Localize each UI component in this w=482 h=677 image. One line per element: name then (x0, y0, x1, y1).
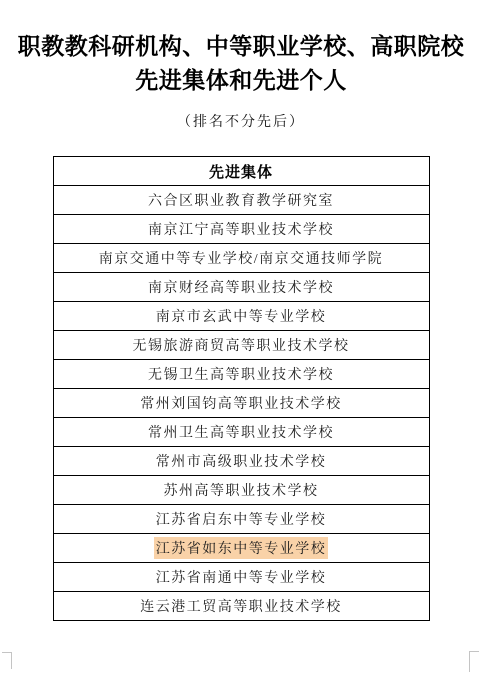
table-cell: 江苏省南通中等专业学校 (53, 563, 429, 592)
table-row: 六合区职业教育教学研究室 (53, 186, 429, 215)
table-cell: 六合区职业教育教学研究室 (53, 186, 429, 215)
table-cell: 常州刘国钧高等职业技术学校 (53, 389, 429, 418)
table-row: 江苏省南通中等专业学校 (53, 563, 429, 592)
table-header-row: 先进集体 (53, 157, 429, 186)
table-cell: 南京财经高等职业技术学校 (53, 273, 429, 302)
table-row: 南京交通中等专业学校/南京交通技师学院 (53, 244, 429, 273)
table-cell: 常州市高级职业技术学校 (53, 447, 429, 476)
table-row: 南京财经高等职业技术学校 (53, 273, 429, 302)
page-title-line2: 先进集体和先进个人 (0, 64, 482, 98)
table-cell: 连云港工贸高等职业技术学校 (53, 592, 429, 621)
table-row: 南京市玄武中等专业学校 (53, 302, 429, 331)
page-title-line1: 职教教科研机构、中等职业学校、高职院校 (0, 30, 482, 64)
table-row: 常州市高级职业技术学校 (53, 447, 429, 476)
page-subtitle: （排名不分先后） (0, 111, 482, 131)
table-cell: 无锡旅游商贸高等职业技术学校 (53, 331, 429, 360)
table-cell: 南京交通中等专业学校/南京交通技师学院 (53, 244, 429, 273)
table-cell: 南京江宁高等职业技术学校 (53, 215, 429, 244)
awards-table: 先进集体 六合区职业教育教学研究室 南京江宁高等职业技术学校 南京交通中等专业学… (53, 156, 430, 621)
table-row: 无锡卫生高等职业技术学校 (53, 360, 429, 389)
highlighted-cell-text: 江苏省如东中等专业学校 (154, 537, 329, 559)
table-row-highlighted: 江苏省如东中等专业学校 (53, 534, 429, 563)
table-row: 无锡旅游商贸高等职业技术学校 (53, 331, 429, 360)
table-row: 江苏省启东中等专业学校 (53, 505, 429, 534)
text-boundary-corner-bottom-left (2, 652, 12, 669)
table-header-cell: 先进集体 (53, 157, 429, 186)
table-cell: 江苏省启东中等专业学校 (53, 505, 429, 534)
table-row: 苏州高等职业技术学校 (53, 476, 429, 505)
table-cell: 南京市玄武中等专业学校 (53, 302, 429, 331)
table-row: 常州卫生高等职业技术学校 (53, 418, 429, 447)
page-title: 职教教科研机构、中等职业学校、高职院校 先进集体和先进个人 (0, 30, 482, 98)
table-cell: 苏州高等职业技术学校 (53, 476, 429, 505)
table-row: 连云港工贸高等职业技术学校 (53, 592, 429, 621)
table-cell: 无锡卫生高等职业技术学校 (53, 360, 429, 389)
text-boundary-corner-bottom-right (469, 651, 479, 672)
table-cell: 江苏省如东中等专业学校 (53, 534, 429, 563)
table-cell: 常州卫生高等职业技术学校 (53, 418, 429, 447)
table-row: 常州刘国钧高等职业技术学校 (53, 389, 429, 418)
table-row: 南京江宁高等职业技术学校 (53, 215, 429, 244)
